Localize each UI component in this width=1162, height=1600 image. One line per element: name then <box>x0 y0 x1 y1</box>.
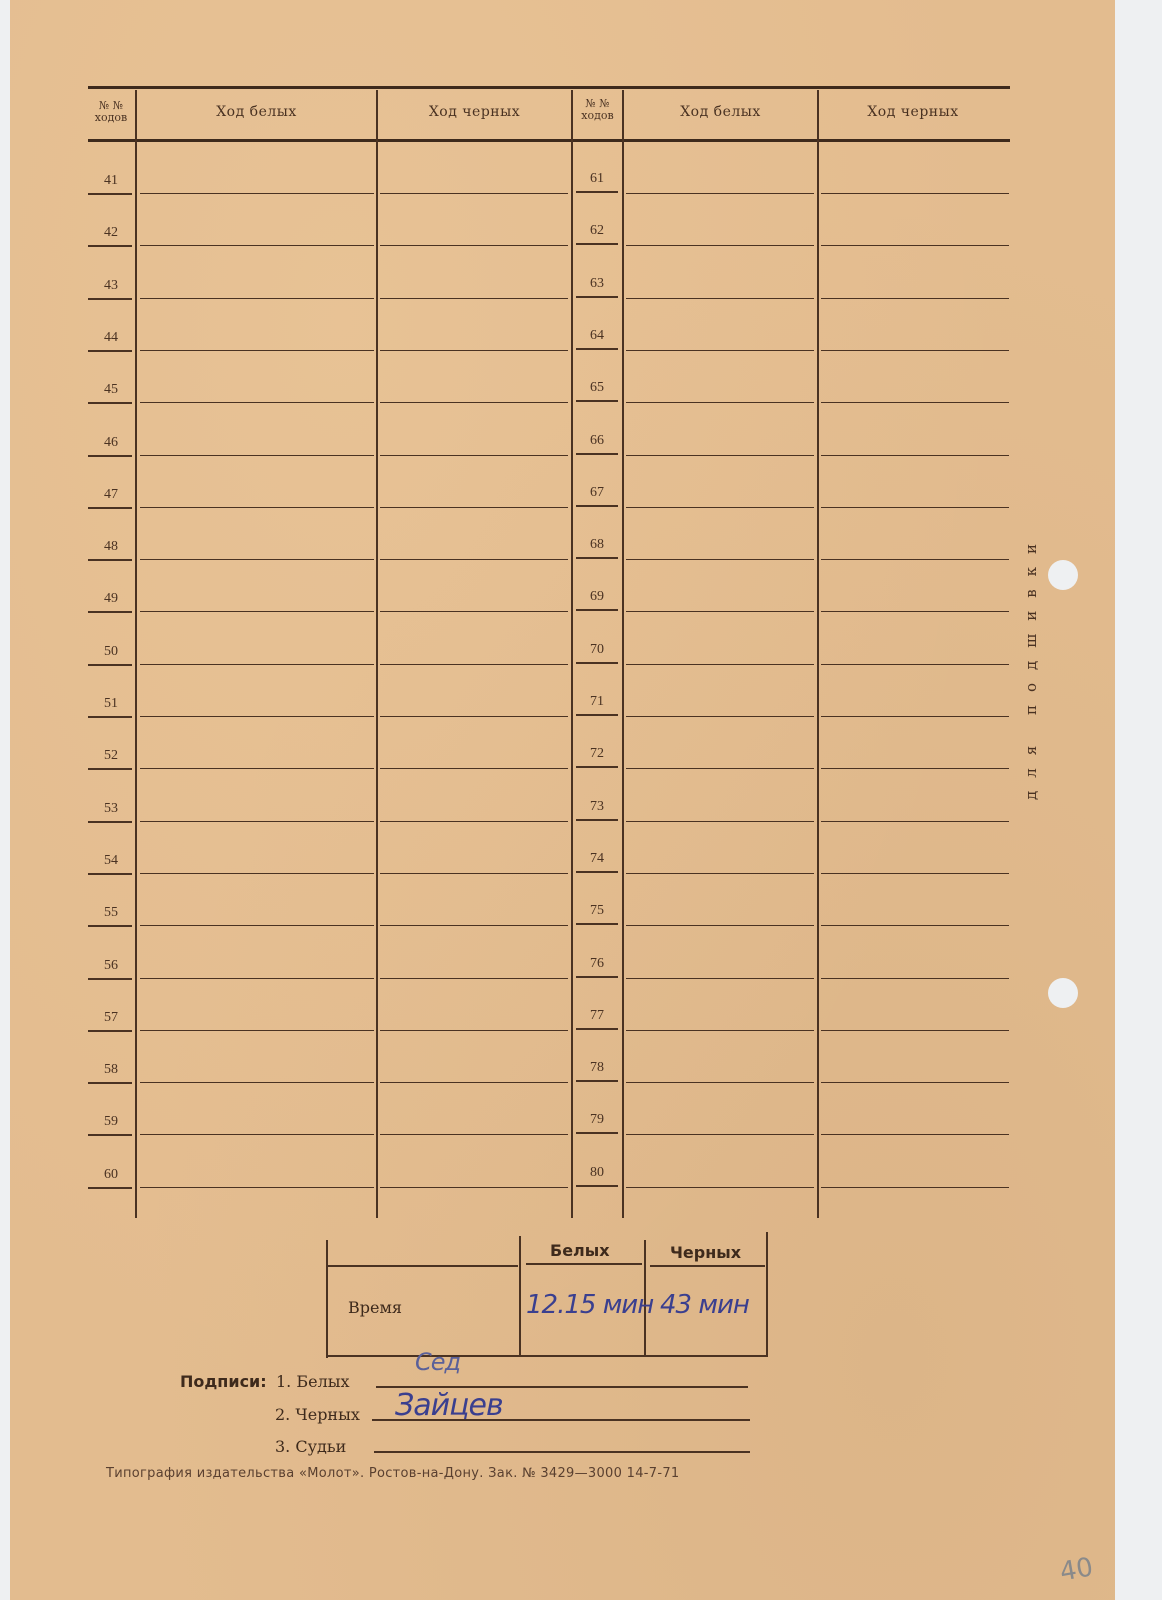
move-entry-field[interactable] <box>626 1004 814 1031</box>
move-entry-field[interactable] <box>380 742 568 769</box>
move-entry-field[interactable] <box>626 481 814 508</box>
move-entry-field[interactable] <box>140 638 374 665</box>
move-number-right: 74 <box>574 851 620 867</box>
punch-hole-lower <box>1048 978 1078 1008</box>
move-entry-field[interactable] <box>821 1056 1009 1083</box>
signature-black-value[interactable]: Зайцев <box>395 1388 503 1423</box>
move-number-underline <box>576 1080 618 1082</box>
time-table-bottom-rule <box>328 1355 768 1357</box>
punch-hole-upper <box>1048 560 1078 590</box>
page-mark: 40 <box>1058 1552 1096 1587</box>
move-entry-field[interactable] <box>140 847 374 874</box>
move-number-underline <box>576 1028 618 1030</box>
time-header-black: Черных <box>670 1243 741 1262</box>
move-number-right: 64 <box>574 328 620 344</box>
move-entry-field[interactable] <box>380 638 568 665</box>
time-table-header-rule <box>526 1263 642 1265</box>
move-number-right: 78 <box>574 1060 620 1076</box>
move-entry-field[interactable] <box>380 1161 568 1188</box>
signatures-title: Подписи: <box>180 1372 267 1391</box>
move-entry-field[interactable] <box>380 899 568 926</box>
move-entry-field[interactable] <box>626 1108 814 1135</box>
move-entry-field[interactable] <box>140 219 374 246</box>
move-entry-field[interactable] <box>821 795 1009 822</box>
move-entry-field[interactable] <box>140 1056 374 1083</box>
header-white-move-right: Ход белых <box>623 104 818 120</box>
move-number-underline <box>88 978 132 980</box>
move-entry-field[interactable] <box>140 481 374 508</box>
move-number-underline <box>88 821 132 823</box>
move-number-right: 75 <box>574 903 620 919</box>
move-entry-field[interactable] <box>380 272 568 299</box>
move-entry-field[interactable] <box>821 952 1009 979</box>
move-number-underline <box>576 453 618 455</box>
move-entry-field[interactable] <box>821 219 1009 246</box>
move-number-right: 79 <box>574 1112 620 1128</box>
time-table-left-border <box>326 1240 328 1358</box>
move-entry-field[interactable] <box>140 272 374 299</box>
header-white-move-left: Ход белых <box>136 104 377 120</box>
move-number-underline <box>576 1132 618 1134</box>
signature-judge-line <box>374 1451 750 1453</box>
move-entry-field[interactable] <box>821 585 1009 612</box>
move-number-right: 70 <box>574 642 620 658</box>
column-divider <box>622 90 624 1218</box>
move-number-underline <box>576 819 618 821</box>
move-number-underline <box>576 191 618 193</box>
move-number-left: 60 <box>88 1167 134 1183</box>
move-number-underline <box>88 455 132 457</box>
move-number-left: 53 <box>88 801 134 817</box>
move-number-right: 71 <box>574 694 620 710</box>
move-entry-field[interactable] <box>380 1056 568 1083</box>
time-header-white: Белых <box>550 1241 610 1260</box>
binding-margin-label: для подшивки <box>1022 500 1046 830</box>
move-number-left: 43 <box>88 278 134 294</box>
header-bottom-rule <box>88 139 1010 142</box>
move-number-underline <box>576 557 618 559</box>
header-move-number-right: № № ходов <box>572 98 623 122</box>
move-number-left: 46 <box>88 435 134 451</box>
move-number-underline <box>88 298 132 300</box>
move-entry-field[interactable] <box>380 481 568 508</box>
move-entry-field[interactable] <box>821 899 1009 926</box>
move-entry-field[interactable] <box>626 952 814 979</box>
move-entry-field[interactable] <box>140 899 374 926</box>
move-number-underline <box>88 350 132 352</box>
move-number-left: 54 <box>88 853 134 869</box>
move-number-right: 61 <box>574 171 620 187</box>
move-entry-field[interactable] <box>140 167 374 194</box>
move-entry-field[interactable] <box>626 167 814 194</box>
move-number-left: 45 <box>88 382 134 398</box>
move-number-underline <box>88 768 132 770</box>
move-entry-field[interactable] <box>821 429 1009 456</box>
move-number-underline <box>88 245 132 247</box>
move-number-left: 55 <box>88 905 134 921</box>
move-number-left: 44 <box>88 330 134 346</box>
move-entry-field[interactable] <box>821 690 1009 717</box>
move-entry-field[interactable] <box>380 795 568 822</box>
move-number-right: 72 <box>574 746 620 762</box>
move-number-right: 77 <box>574 1008 620 1024</box>
move-number-left: 42 <box>88 225 134 241</box>
move-entry-field[interactable] <box>140 585 374 612</box>
move-entry-field[interactable] <box>380 376 568 403</box>
move-entry-field[interactable] <box>821 324 1009 351</box>
signature-black-label: 2. Черных <box>275 1405 360 1424</box>
move-number-left: 41 <box>88 173 134 189</box>
move-entry-field[interactable] <box>821 1108 1009 1135</box>
move-number-left: 50 <box>88 644 134 660</box>
move-number-right: 63 <box>574 276 620 292</box>
move-number-right: 68 <box>574 537 620 553</box>
move-entry-field[interactable] <box>626 847 814 874</box>
move-entry-field[interactable] <box>626 742 814 769</box>
move-number-underline <box>88 716 132 718</box>
move-number-right: 66 <box>574 433 620 449</box>
move-number-underline <box>576 296 618 298</box>
move-number-underline <box>576 609 618 611</box>
move-entry-field[interactable] <box>626 638 814 665</box>
move-number-left: 47 <box>88 487 134 503</box>
move-number-right: 80 <box>574 1165 620 1181</box>
move-number-underline <box>88 1082 132 1084</box>
move-entry-field[interactable] <box>140 376 374 403</box>
move-number-right: 65 <box>574 380 620 396</box>
table-top-rule <box>88 86 1010 89</box>
move-entry-field[interactable] <box>821 638 1009 665</box>
move-number-underline <box>88 664 132 666</box>
move-entry-field[interactable] <box>380 585 568 612</box>
time-value-black[interactable]: 43 мин <box>660 1290 749 1320</box>
move-entry-field[interactable] <box>140 429 374 456</box>
column-divider <box>571 90 573 1218</box>
signature-white-value[interactable]: Сед <box>415 1348 460 1376</box>
move-number-right: 73 <box>574 799 620 815</box>
move-entry-field[interactable] <box>821 742 1009 769</box>
move-number-right: 67 <box>574 485 620 501</box>
move-entry-field[interactable] <box>626 219 814 246</box>
time-table-divider <box>519 1236 521 1356</box>
move-number-underline <box>576 662 618 664</box>
move-entry-field[interactable] <box>626 324 814 351</box>
time-table-right-border <box>766 1232 768 1356</box>
move-entry-field[interactable] <box>380 324 568 351</box>
move-entry-field[interactable] <box>140 1108 374 1135</box>
printer-imprint: Типография издательства «Молот». Ростов-… <box>106 1466 679 1481</box>
move-number-left: 56 <box>88 958 134 974</box>
move-entry-field[interactable] <box>140 795 374 822</box>
move-entry-field[interactable] <box>140 690 374 717</box>
move-number-underline <box>88 1134 132 1136</box>
move-number-underline <box>576 871 618 873</box>
header-move-number-left: № № ходов <box>86 100 136 124</box>
header-move-number-line2: ходов <box>86 112 136 124</box>
header-black-move-left: Ход черных <box>377 104 572 120</box>
move-entry-field[interactable] <box>140 1161 374 1188</box>
move-number-right: 62 <box>574 223 620 239</box>
move-number-left: 57 <box>88 1010 134 1026</box>
move-number-underline <box>88 1030 132 1032</box>
header-move-number-line2: ходов <box>572 110 623 122</box>
header-black-move-right: Ход черных <box>818 104 1008 120</box>
move-number-left: 52 <box>88 748 134 764</box>
time-value-white[interactable]: 12.15 мин <box>526 1290 653 1320</box>
move-entry-field[interactable] <box>140 742 374 769</box>
move-number-underline <box>576 1185 618 1187</box>
move-number-underline <box>88 1187 132 1189</box>
move-number-left: 58 <box>88 1062 134 1078</box>
move-entry-field[interactable] <box>380 219 568 246</box>
time-table-header-rule <box>650 1265 765 1267</box>
move-entry-field[interactable] <box>626 533 814 560</box>
move-entry-field[interactable] <box>626 429 814 456</box>
move-entry-field[interactable] <box>626 585 814 612</box>
signature-white-label: 1. Белых <box>276 1372 350 1391</box>
move-entry-field[interactable] <box>140 1004 374 1031</box>
move-entry-field[interactable] <box>380 952 568 979</box>
move-number-underline <box>576 714 618 716</box>
move-entry-field[interactable] <box>380 167 568 194</box>
move-number-underline <box>88 402 132 404</box>
move-number-underline <box>88 873 132 875</box>
move-number-underline <box>88 925 132 927</box>
move-number-left: 59 <box>88 1114 134 1130</box>
move-number-left: 48 <box>88 539 134 555</box>
move-entry-field[interactable] <box>626 690 814 717</box>
move-entry-field[interactable] <box>140 324 374 351</box>
move-entry-field[interactable] <box>380 1004 568 1031</box>
move-number-underline <box>576 243 618 245</box>
move-entry-field[interactable] <box>821 376 1009 403</box>
time-table-header-rule <box>328 1265 518 1267</box>
move-number-underline <box>576 923 618 925</box>
move-entry-field[interactable] <box>821 167 1009 194</box>
move-entry-field[interactable] <box>821 272 1009 299</box>
move-number-underline <box>88 507 132 509</box>
move-entry-field[interactable] <box>380 690 568 717</box>
signature-judge-label: 3. Судьи <box>275 1437 346 1456</box>
move-entry-field[interactable] <box>821 481 1009 508</box>
move-entry-field[interactable] <box>821 1004 1009 1031</box>
move-entry-field[interactable] <box>821 1161 1009 1188</box>
move-number-left: 49 <box>88 591 134 607</box>
move-number-underline <box>576 348 618 350</box>
move-entry-field[interactable] <box>380 533 568 560</box>
move-number-underline <box>576 400 618 402</box>
move-number-underline <box>88 193 132 195</box>
move-entry-field[interactable] <box>626 795 814 822</box>
move-entry-field[interactable] <box>626 1161 814 1188</box>
move-entry-field[interactable] <box>626 272 814 299</box>
column-divider <box>135 90 137 1218</box>
move-number-underline <box>88 559 132 561</box>
column-divider <box>376 90 378 1218</box>
move-entry-field[interactable] <box>626 1056 814 1083</box>
time-row-label: Время <box>348 1298 402 1317</box>
move-entry-field[interactable] <box>380 847 568 874</box>
move-number-right: 69 <box>574 589 620 605</box>
move-entry-field[interactable] <box>140 952 374 979</box>
score-sheet-paper: № № ходов Ход белых Ход черных № № ходов… <box>10 0 1115 1600</box>
move-number-underline <box>576 976 618 978</box>
move-entry-field[interactable] <box>626 899 814 926</box>
move-entry-field[interactable] <box>140 533 374 560</box>
move-entry-field[interactable] <box>821 847 1009 874</box>
move-number-left: 51 <box>88 696 134 712</box>
move-entry-field[interactable] <box>821 533 1009 560</box>
move-number-underline <box>88 611 132 613</box>
move-number-right: 76 <box>574 956 620 972</box>
move-entry-field[interactable] <box>380 429 568 456</box>
move-number-underline <box>576 766 618 768</box>
column-divider <box>817 90 819 1218</box>
move-entry-field[interactable] <box>380 1108 568 1135</box>
move-entry-field[interactable] <box>626 376 814 403</box>
move-number-underline <box>576 505 618 507</box>
